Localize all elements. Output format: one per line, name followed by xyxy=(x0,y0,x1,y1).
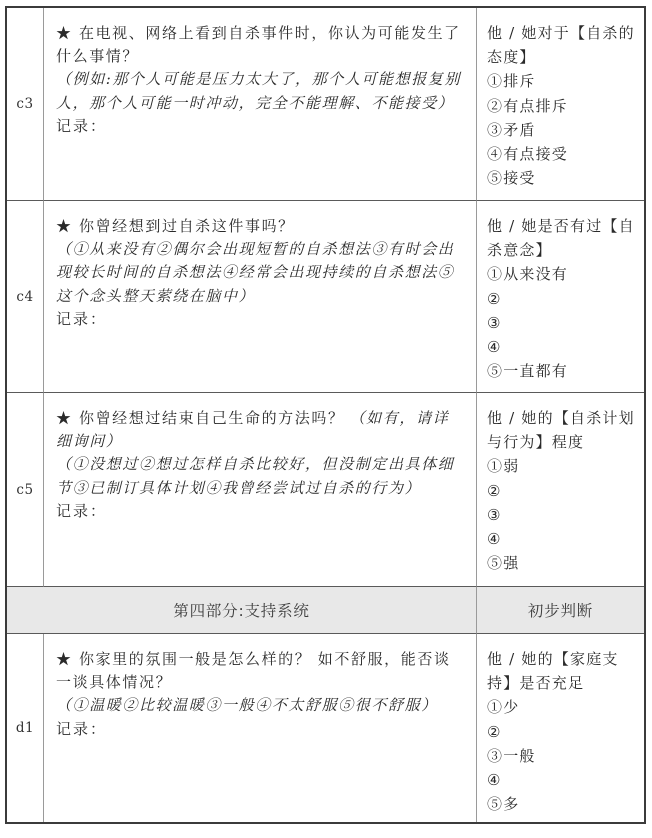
question-text: ★ 你曾经想过结束自己生命的方法吗？（如有，请详细询问） xyxy=(56,407,465,453)
judgment-option-3: ③一般 xyxy=(487,744,638,768)
record-label: 记录： xyxy=(56,115,465,138)
question-cell-c5: ★ 你曾经想过结束自己生命的方法吗？（如有，请详细询问） （①没想过②想过怎样自… xyxy=(44,393,477,587)
section-title: 第四部分:支持系统 xyxy=(173,599,309,621)
question-text: ★ 你家里的氛围一般是怎么样的？ 如不舒服，能否谈一谈具体情况？ xyxy=(56,648,465,694)
judgment-option-1: ①从来没有 xyxy=(487,262,638,286)
question-note: （例如:那个人可能是压力太大了，那个人可能想报复别人，那个人可能一时冲动，完全不… xyxy=(56,68,465,114)
question-text: ★ 在电视、网络上看到自杀事件时，你认为可能发生了什么事情？ xyxy=(56,22,465,68)
question-main: ★ 你曾经想过结束自己生命的方法吗？ xyxy=(56,409,345,427)
question-note: （①没想过②想过怎样自杀比较好，但没制定出具体细节③已制订具体计划④我曾经尝试过… xyxy=(56,453,465,499)
record-label: 记录： xyxy=(56,308,465,331)
judgment-option-2: ② xyxy=(487,287,638,311)
judgment-option-5: ⑤强 xyxy=(487,551,638,575)
row-id-label: c4 xyxy=(16,289,33,305)
row-id-cell-c4: c4 xyxy=(7,201,44,393)
row-id-label: c3 xyxy=(16,96,33,112)
judgment-cell-c4: 他 / 她是否有过【自杀意念】 ①从来没有 ② ③ ④ ⑤一直都有 xyxy=(477,201,644,393)
row-id-cell-c3: c3 xyxy=(7,8,44,201)
judgment-option-1: ①少 xyxy=(487,695,638,719)
judgment-option-1: ①排斥 xyxy=(487,69,638,93)
question-note: （①从来没有②偶尔会出现短暂的自杀想法③有时会出现较长时间的自杀想法④经常会出现… xyxy=(56,238,465,308)
judgment-option-1: ①弱 xyxy=(487,454,638,478)
question-main: ★ 你曾经想到过自杀这件事吗？ xyxy=(56,217,295,235)
judgment-header-title: 初步判断 xyxy=(528,599,593,621)
row-id-label: c5 xyxy=(16,482,33,498)
question-note: （①温暖②比较温暖③一般④不太舒服⑤很不舒服） xyxy=(56,694,465,717)
judgment-option-4: ④ xyxy=(487,527,638,551)
record-label: 记录： xyxy=(56,718,465,741)
row-id-label: d1 xyxy=(16,720,34,736)
judgment-option-2: ② xyxy=(487,720,638,744)
row-id-cell-c5: c5 xyxy=(7,393,44,587)
judgment-option-4: ④ xyxy=(487,335,638,359)
judgment-option-3: ③矛盾 xyxy=(487,118,638,142)
judgment-cell-c3: 他 / 她对于【自杀的态度】 ①排斥 ②有点排斥 ③矛盾 ④有点接受 ⑤接受 xyxy=(477,8,644,201)
judgment-option-4: ④有点接受 xyxy=(487,142,638,166)
judgment-option-2: ②有点排斥 xyxy=(487,94,638,118)
row-id-cell-d1: d1 xyxy=(7,634,44,822)
question-main: ★ 在电视、网络上看到自杀事件时，你认为可能发生了什么事情？ xyxy=(56,24,461,65)
judgment-intro: 他 / 她的【自杀计划与行为】程度 xyxy=(487,406,638,454)
judgment-intro: 他 / 她对于【自杀的态度】 xyxy=(487,21,638,69)
questionnaire-table: c3 ★ 在电视、网络上看到自杀事件时，你认为可能发生了什么事情？ （例如:那个… xyxy=(5,6,646,824)
judgment-option-2: ② xyxy=(487,479,638,503)
question-main: ★ 你家里的氛围一般是怎么样的？ 如不舒服，能否谈一谈具体情况？ xyxy=(56,650,451,691)
section-header-cell: 第四部分:支持系统 xyxy=(7,587,477,634)
scanned-questionnaire-page: c3 ★ 在电视、网络上看到自杀事件时，你认为可能发生了什么事情？ （例如:那个… xyxy=(0,0,652,838)
record-label: 记录： xyxy=(56,500,465,523)
judgment-header-cell: 初步判断 xyxy=(477,587,644,634)
judgment-cell-d1: 他 / 她的【家庭支持】是否充足 ①少 ② ③一般 ④ ⑤多 xyxy=(477,634,644,822)
judgment-intro: 他 / 她是否有过【自杀意念】 xyxy=(487,214,638,262)
question-cell-c3: ★ 在电视、网络上看到自杀事件时，你认为可能发生了什么事情？ （例如:那个人可能… xyxy=(44,8,477,201)
question-cell-d1: ★ 你家里的氛围一般是怎么样的？ 如不舒服，能否谈一谈具体情况？ （①温暖②比较… xyxy=(44,634,477,822)
judgment-option-5: ⑤多 xyxy=(487,792,638,816)
judgment-option-3: ③ xyxy=(487,503,638,527)
question-cell-c4: ★ 你曾经想到过自杀这件事吗？ （①从来没有②偶尔会出现短暂的自杀想法③有时会出… xyxy=(44,201,477,393)
question-text: ★ 你曾经想到过自杀这件事吗？ xyxy=(56,215,465,238)
judgment-option-5: ⑤一直都有 xyxy=(487,359,638,383)
judgment-option-5: ⑤接受 xyxy=(487,166,638,190)
judgment-intro: 他 / 她的【家庭支持】是否充足 xyxy=(487,647,638,695)
judgment-option-4: ④ xyxy=(487,768,638,792)
judgment-option-3: ③ xyxy=(487,311,638,335)
judgment-cell-c5: 他 / 她的【自杀计划与行为】程度 ①弱 ② ③ ④ ⑤强 xyxy=(477,393,644,587)
